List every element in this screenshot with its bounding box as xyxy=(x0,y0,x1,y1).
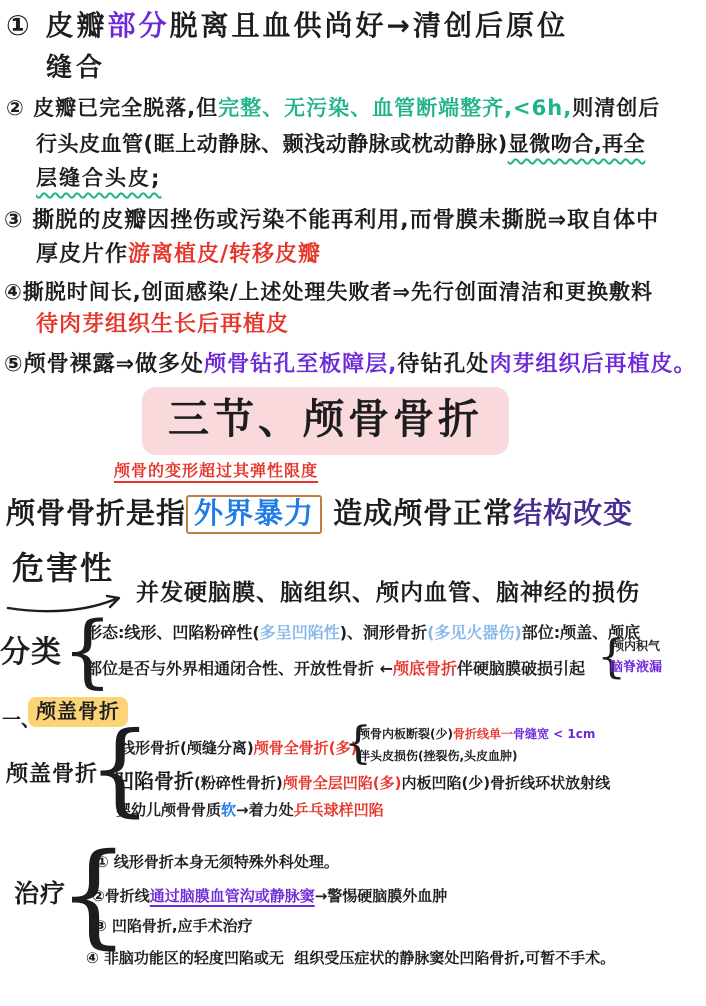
note-item-4-line-2: 待肉芽组织生长后再植皮 xyxy=(36,312,289,337)
section-title-highlight: 三节、颅骨骨折 xyxy=(142,387,509,455)
vault2-a: (粉碎性骨折) xyxy=(194,774,283,792)
vault-line-1: 线形骨折(颅缝分离)颅骨全骨折(多) xyxy=(120,740,357,757)
treatment-item-2: ②骨折线通过脑膜血管沟或静脉窦→警惕硬脑膜外血肿 xyxy=(92,888,447,905)
item2-line2-plain: 行头皮血管(眶上动静脉、颞浅动静脉或枕动静脉) xyxy=(36,132,508,156)
item2-text-post: 则清创后 xyxy=(572,96,660,120)
vault-sub1-purple: 骨缝宽 < 1cm xyxy=(513,727,595,741)
item2-text-pre: ② 皮瓣已完全脱落,但 xyxy=(6,96,218,120)
item2-wavy-segment-2: 层缝合头皮; xyxy=(36,166,161,190)
treat3-text: ③ 凹陷骨折,应手术治疗 xyxy=(94,917,253,935)
classification-label: 分类 xyxy=(0,636,62,671)
classification-brace-glyph: { xyxy=(62,604,113,697)
item4-red-segment: 待肉芽组织生长后再植皮 xyxy=(36,312,289,337)
cls2-b: 伴硬脑膜破损引起 xyxy=(457,659,585,678)
treat1-text: ① 线形骨折本身无须特殊外科处理。 xyxy=(96,853,339,871)
vault-sub-line-2: 伴头皮损伤(挫裂伤,头皮血肿) xyxy=(358,750,518,764)
classification-line-2: 部位是否与外界相通闭合性、开放性骨折 ←颅底骨折伴硬脑膜破损引起 xyxy=(86,660,585,678)
red-note-text: 颅骨的变形超过其弹性限度 xyxy=(114,461,318,480)
cls1-blue-1: 多呈凹陷性 xyxy=(260,623,340,642)
treat2-pre: ②骨折线 xyxy=(92,887,150,905)
treat2-post: →警惕硬脑膜外血肿 xyxy=(315,887,448,905)
item2-wavy-segment-1: 显微吻合,再全 xyxy=(508,132,645,156)
vault-sub2-text: 伴头皮损伤(挫裂伤,头皮血肿) xyxy=(358,749,518,763)
vault3-blue: 软 xyxy=(221,801,236,819)
vault1-red: 颅骨全骨折(多) xyxy=(254,739,358,757)
definition-red-note: 颅骨的变形超过其弹性限度 xyxy=(114,462,318,480)
item1-text-pre: ① 皮瓣 xyxy=(6,9,107,42)
vault-sub1-a: 颅骨内板断裂(少) xyxy=(358,727,453,741)
hazard-text-content: 并发硬脑膜、脑组织、颅内血管、脑神经的损伤 xyxy=(136,580,640,606)
note-item-1-line-1: ① 皮瓣部分脱离且血供尚好→清创后原位 xyxy=(6,10,568,42)
note-item-4-line-1: ④撕脱时间长,创面感染/上述处理失败者⇒先行创面清洁和更换敷料 xyxy=(4,280,653,304)
vault-line-3: 婴幼儿颅骨骨质软→着力处乒乓球样凹陷 xyxy=(116,802,384,819)
note-item-2-line-3: 层缝合头皮; xyxy=(36,166,161,190)
vault3-b: →着力处 xyxy=(236,801,294,819)
cls1-b: )、洞形骨折 xyxy=(340,623,427,642)
vault-sub1-red: 骨折线单一 xyxy=(453,727,513,741)
note-item-3-line-1: ③ 撕脱的皮瓣因挫伤或污染不能再利用,而骨膜未撕脱⇒取自体中 xyxy=(4,208,659,233)
item5-text-pre: ⑤颅骨裸露⇒做多处 xyxy=(4,352,204,377)
cls1-blue-2: (多见火器伤) xyxy=(427,623,522,642)
note-item-1-line-2: 缝合 xyxy=(46,54,106,84)
definition-line: 颅骨骨折是指外界暴力 造成颅骨正常结构改变 xyxy=(6,495,633,534)
classification-label-text: 分类 xyxy=(0,635,62,670)
item1-line2-text: 缝合 xyxy=(46,53,106,83)
classification-sub-item-2: 脑脊液漏 xyxy=(610,661,662,676)
note-item-2-line-2: 行头皮血管(眶上动静脉、颞浅动静脉或枕动静脉)显微吻合,再全 xyxy=(36,132,645,156)
item1-purple-segment: 部分 xyxy=(107,9,169,42)
hazard-text: 并发硬脑膜、脑组织、颅内血管、脑神经的损伤 xyxy=(136,580,640,606)
vault3-red: 乒乓球样凹陷 xyxy=(294,801,384,819)
vault3-a: 婴幼儿颅骨骨质 xyxy=(116,801,221,819)
cls2-a: 部位是否与外界相通闭合性、开放性骨折 ← xyxy=(86,659,393,678)
definition-purple-segment: 结构改变 xyxy=(513,496,633,530)
vault2-red: 颅骨全层凹陷(多) xyxy=(283,774,402,792)
cls1-a: 形态:线形、凹陷粉碎性( xyxy=(86,623,260,642)
treatment-item-3: ③ 凹陷骨折,应手术治疗 xyxy=(94,918,253,935)
hazard-label: 危害性 xyxy=(12,550,114,587)
note-item-5-line-1: ⑤颅骨裸露⇒做多处颅骨钻孔至板障层,待钻孔处肉芽组织后再植皮。 xyxy=(4,352,696,377)
item3-red-segment: 游离植皮/转移皮瓣 xyxy=(128,242,321,267)
item4-line1-text: ④撕脱时间长,创面感染/上述处理失败者⇒先行创面清洁和更换敷料 xyxy=(4,280,653,304)
item5-purple-segment-2: 肉芽组织后再植皮。 xyxy=(489,352,696,377)
section-title: 三节、颅骨骨折 xyxy=(142,396,509,443)
item1-text-post: 脱离且血供尚好→清创后原位 xyxy=(169,9,567,42)
treatment-item-1: ① 线形骨折本身无须特殊外科处理。 xyxy=(96,854,339,871)
hazard-label-text: 危害性 xyxy=(12,549,114,587)
treatment-item-4: ④ 非脑功能区的轻度凹陷或无 组织受压症状的静脉窦处凹陷骨折,可暂不手术。 xyxy=(86,950,615,967)
vault-label-text: 颅盖骨折 xyxy=(6,762,98,787)
note-item-2-line-1: ② 皮瓣已完全脱落,但完整、无污染、血管断端整齐,<6h,则清创后 xyxy=(6,96,660,120)
vault-line-2: 凹陷骨折(粉碎性骨折)颅骨全层凹陷(多)内板凹陷(少)骨折线环状放射线 xyxy=(114,770,610,793)
item5-purple-segment-1: 颅骨钻孔至板障层, xyxy=(204,352,397,377)
vault2-big: 凹陷骨折 xyxy=(114,769,194,793)
item3-line1-text: ③ 撕脱的皮瓣因挫伤或污染不能再利用,而骨膜未撕脱⇒取自体中 xyxy=(4,208,659,233)
handwritten-notes-page: ① 皮瓣部分脱离且血供尚好→清创后原位 缝合 ② 皮瓣已完全脱落,但完整、无污染… xyxy=(0,0,706,1006)
vault2-b: 内板凹陷(少)骨折线环状放射线 xyxy=(401,774,610,792)
note-item-3-line-2: 厚皮片作游离植皮/转移皮瓣 xyxy=(36,242,321,267)
classification-line-1: 形态:线形、凹陷粉碎性(多呈凹陷性)、洞形骨折(多见火器伤)部位:颅盖、颅底 xyxy=(86,624,640,642)
treat4-text: ④ 非脑功能区的轻度凹陷或无 组织受压症状的静脉窦处凹陷骨折,可暂不手术。 xyxy=(86,949,615,967)
item2-teal-segment: 完整、无污染、血管断端整齐,<6h, xyxy=(218,96,572,120)
vault-label: 颅盖骨折 xyxy=(6,762,98,787)
definition-mid: 造成颅骨正常 xyxy=(322,496,513,530)
vault1-a: 线形骨折(颅缝分离) xyxy=(120,739,254,757)
cls-sub1-text: 颅内积气 xyxy=(612,639,660,653)
item3-line2-pre: 厚皮片作 xyxy=(36,242,128,267)
vault-sub-line-1: 颅骨内板断裂(少)骨折线单一骨缝宽 < 1cm xyxy=(358,728,595,742)
cls2-red: 颅底骨折 xyxy=(393,659,457,678)
treat2-purple: 通过脑膜血管沟或静脉窦 xyxy=(150,887,315,905)
definition-pre: 颅骨骨折是指 xyxy=(6,496,186,530)
definition-boxed-term: 外界暴力 xyxy=(186,495,322,534)
classification-sub-item-1: 颅内积气 xyxy=(612,640,660,654)
cls-sub2-text: 脑脊液漏 xyxy=(610,660,662,675)
item5-text-mid: 待钻孔处 xyxy=(397,352,489,377)
